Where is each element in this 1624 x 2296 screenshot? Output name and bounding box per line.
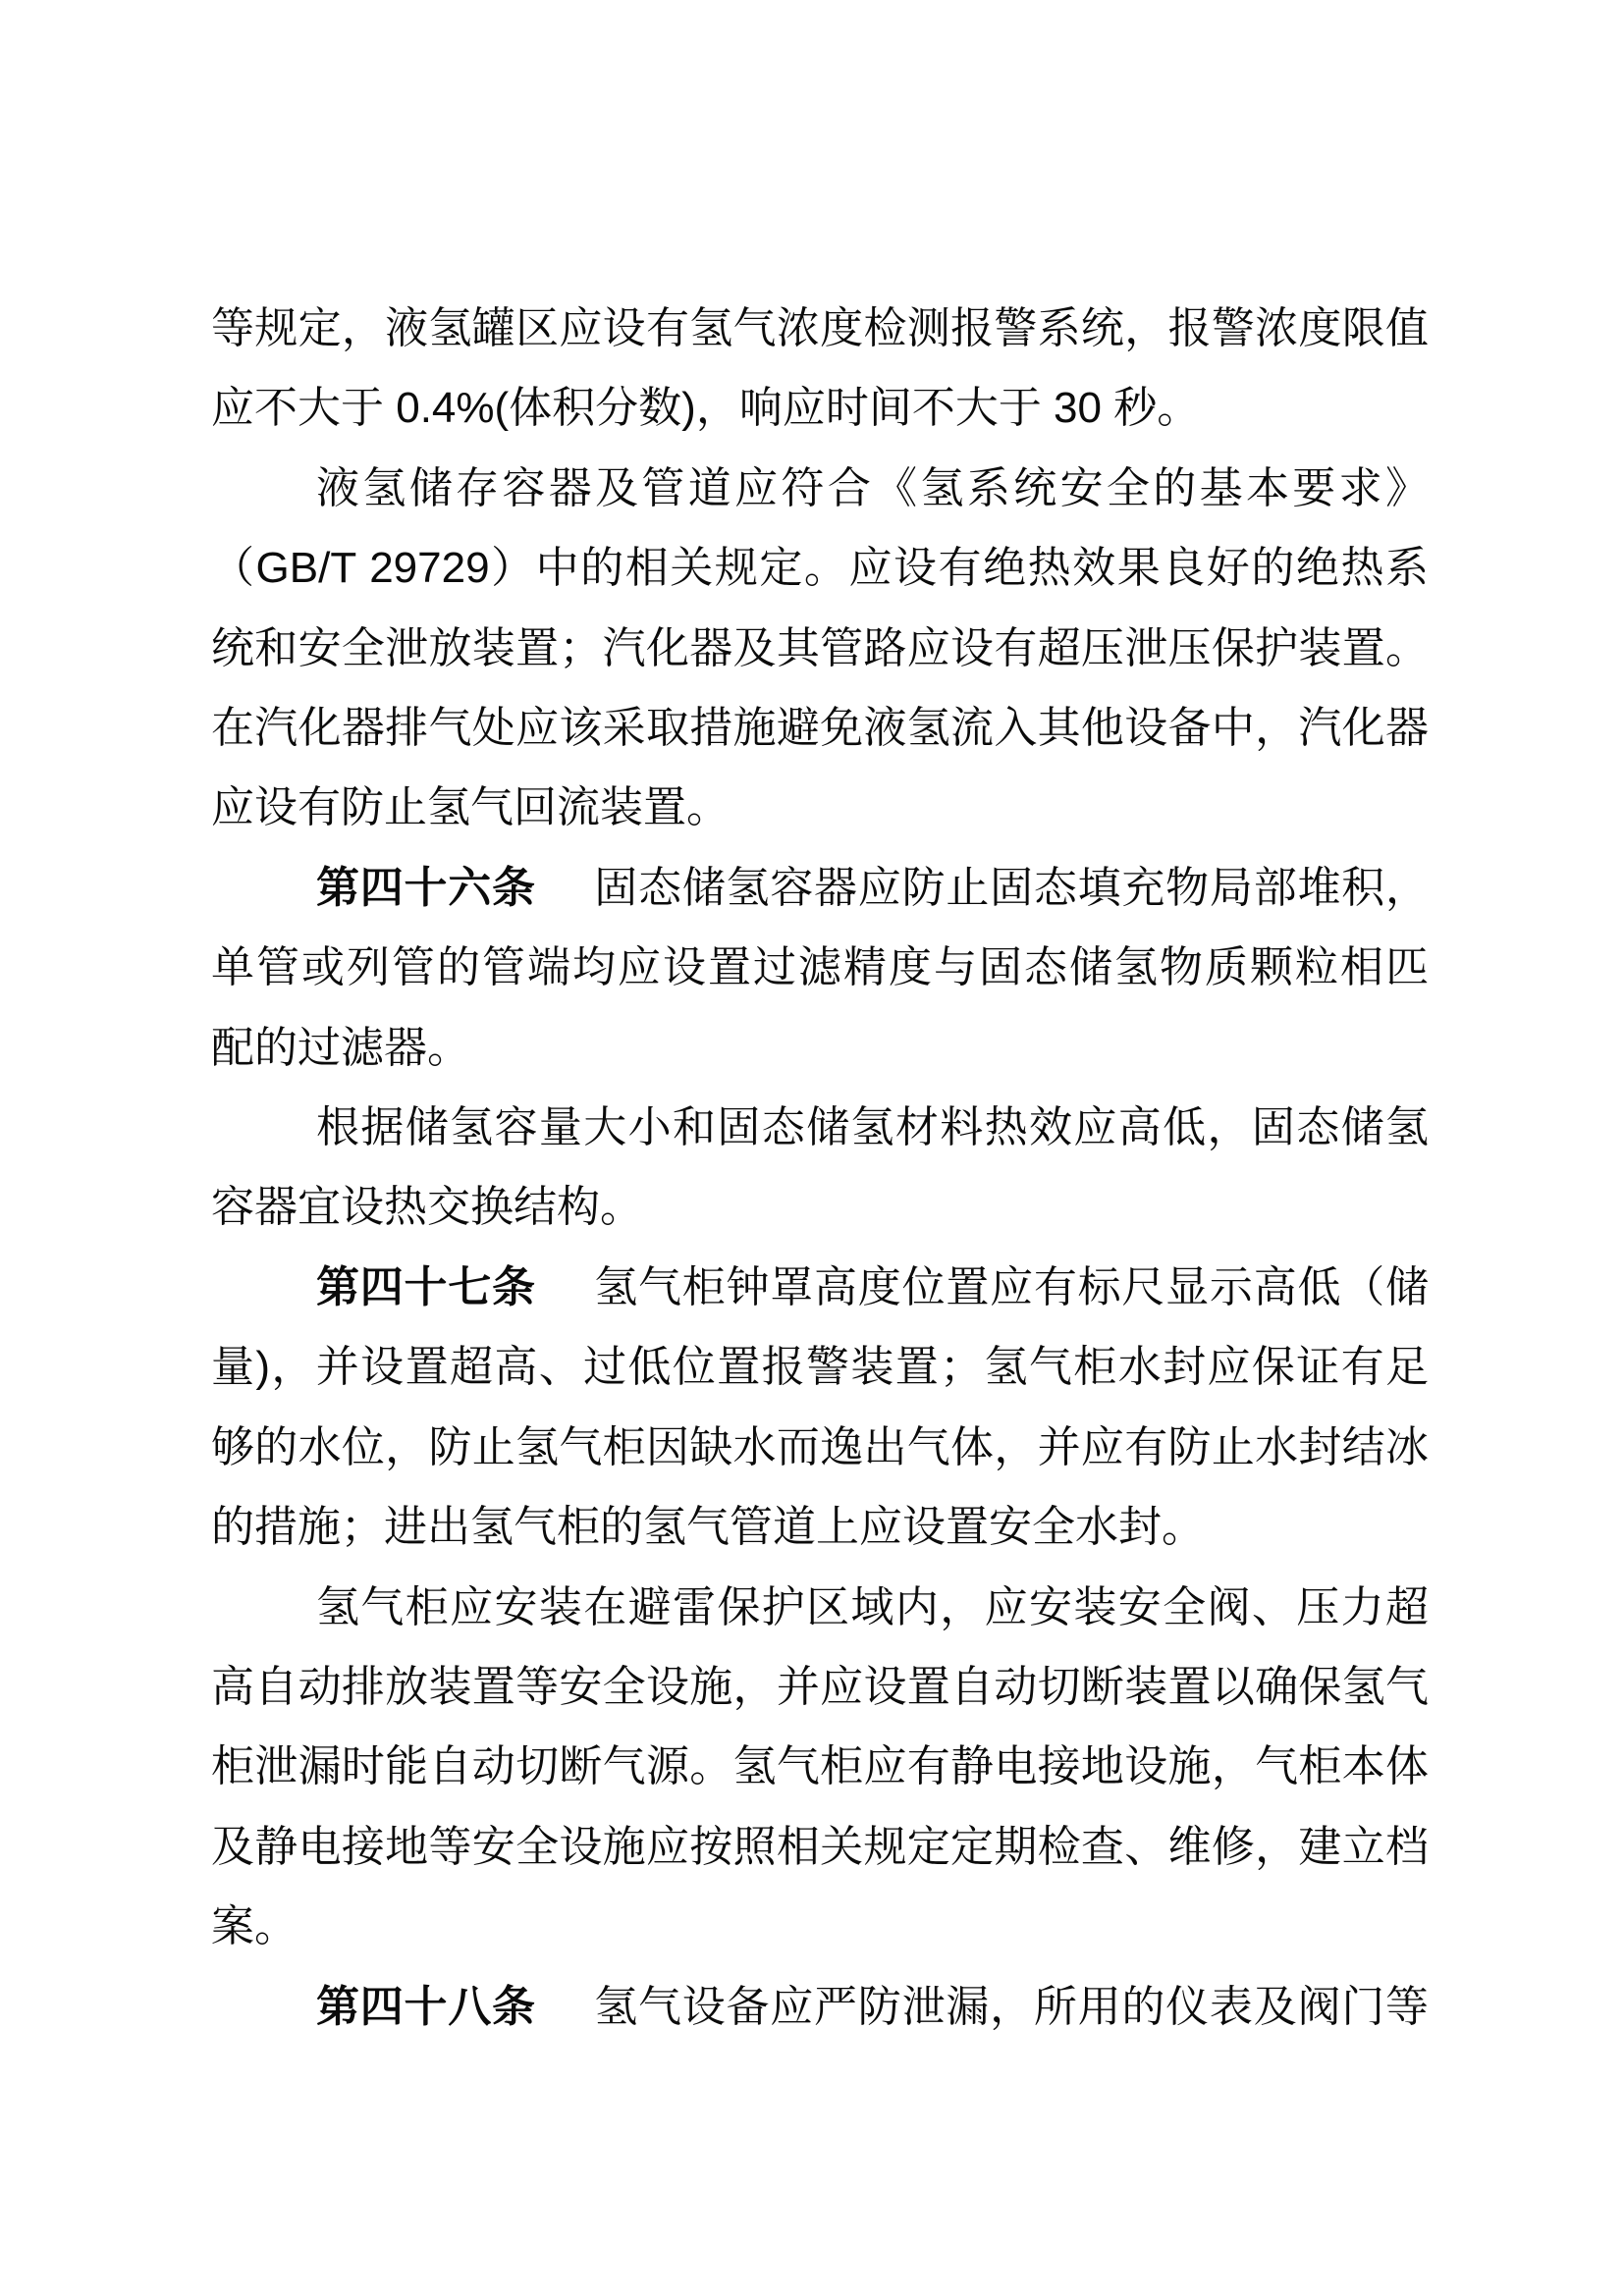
article-number: 第四十八条 <box>316 1983 536 2031</box>
text-line: 的措施；进出氢气柜的氢气管道上应设置安全水封。 <box>211 1487 1429 1567</box>
text-line: 统和安全泄放装置；汽化器及其管路应设有超压泄压保护装置。 <box>211 609 1429 688</box>
text-line: 根据储氢容量大小和固态储氢材料热效应高低，固态储氢 <box>211 1088 1429 1167</box>
text-line: 柜泄漏时能自动切断气源。氢气柜应有静电接地设施，气柜本体 <box>211 1727 1429 1806</box>
text-line: 第四十六条固态储氢容器应防止固态填充物局部堆积， <box>211 848 1429 928</box>
text-line: 单管或列管的管端均应设置过滤精度与固态储氢物质颗粒相匹 <box>211 928 1429 1007</box>
document-page: 等规定，液氢罐区应设有氢气浓度检测报警系统，报警浓度限值应不大于 0.4%(体积… <box>0 0 1624 2296</box>
text-line: 够的水位，防止氢气柜因缺水而逸出气体，并应有防止水封结冰 <box>211 1408 1429 1487</box>
text-line: 高自动排放装置等安全设施，并应设置自动切断装置以确保氢气 <box>211 1647 1429 1727</box>
text-line: 配的过滤器。 <box>211 1008 1429 1088</box>
paragraph: 根据储氢容量大小和固态储氢材料热效应高低，固态储氢容器宜设热交换结构。 <box>211 1088 1429 1248</box>
text-line: 等规定，液氢罐区应设有氢气浓度检测报警系统，报警浓度限值 <box>211 289 1429 368</box>
text-line: 应不大于 0.4%(体积分数)，响应时间不大于 30 秒。 <box>211 368 1429 448</box>
text-line: 液氢储存容器及管道应符合《氢系统安全的基本要求》 <box>211 449 1429 528</box>
text-line: 在汽化器排气处应该采取措施避免液氢流入其他设备中，汽化器 <box>211 688 1429 768</box>
text-line: 量)，并设置超高、过低位置报警装置；氢气柜水封应保证有足 <box>211 1327 1429 1407</box>
paragraph: 等规定，液氢罐区应设有氢气浓度检测报警系统，报警浓度限值应不大于 0.4%(体积… <box>211 289 1429 449</box>
article-number: 第四十六条 <box>316 864 536 912</box>
paragraph: 氢气柜应安装在避雷保护区域内，应安装安全阀、压力超高自动排放装置等安全设施，并应… <box>211 1568 1429 1967</box>
paragraph: 液氢储存容器及管道应符合《氢系统安全的基本要求》（GB/T 29729）中的相关… <box>211 449 1429 848</box>
paragraph: 第四十七条氢气柜钟罩高度位置应有标尺显示高低（储量)，并设置超高、过低位置报警装… <box>211 1248 1429 1568</box>
paragraph: 第四十八条氢气设备应严防泄漏，所用的仪表及阀门等 <box>211 1967 1429 2047</box>
paragraph: 第四十六条固态储氢容器应防止固态填充物局部堆积，单管或列管的管端均应设置过滤精度… <box>211 848 1429 1088</box>
text-line: 氢气柜应安装在避雷保护区域内，应安装安全阀、压力超 <box>211 1568 1429 1647</box>
text-line: 及静电接地等安全设施应按照相关规定定期检查、维修，建立档 <box>211 1807 1429 1887</box>
text-line: 第四十七条氢气柜钟罩高度位置应有标尺显示高低（储 <box>211 1248 1429 1327</box>
text-line: 第四十八条氢气设备应严防泄漏，所用的仪表及阀门等 <box>211 1967 1429 2047</box>
text-line: 容器宜设热交换结构。 <box>211 1167 1429 1247</box>
text-block: 等规定，液氢罐区应设有氢气浓度检测报警系统，报警浓度限值应不大于 0.4%(体积… <box>211 289 1429 2047</box>
text-line: 案。 <box>211 1887 1429 1966</box>
article-number: 第四十七条 <box>316 1263 536 1311</box>
text-line: 应设有防止氢气回流装置。 <box>211 768 1429 847</box>
text-line: （GB/T 29729）中的相关规定。应设有绝热效果良好的绝热系 <box>211 528 1429 608</box>
